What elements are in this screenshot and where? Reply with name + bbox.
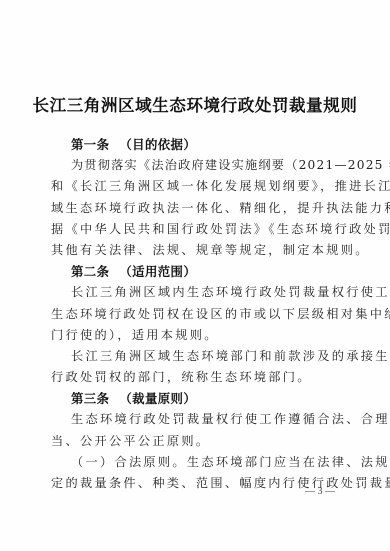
article-number: 第三条	[71, 391, 109, 406]
article-heading-text: （适用范围）	[119, 264, 196, 279]
page-number: — 3 —	[300, 486, 340, 497]
article-1-heading: 第一条（目的依据）	[51, 134, 347, 155]
paragraph-line: 生态环境行政处罚裁量权行使工作遵循合法、合理、过罚相	[51, 409, 347, 430]
paragraph-line: 生态环境行政处罚权在设区的市或以下层级相对集中给其他部	[51, 304, 347, 325]
paragraph-line: 其他有关法律、法规、规章等规定，制定本规则。	[51, 240, 347, 261]
paragraph-line: 和《长江三角洲区域一体化发展规划纲要》，推进长江三角洲区	[51, 176, 347, 197]
document-title: 长江三角洲区域生态环境行政处罚裁量规则	[0, 92, 390, 116]
article-heading-text: （目的依据）	[119, 137, 196, 152]
article-number: 第二条	[71, 264, 109, 279]
paragraph-line: （一）合法原则。生态环境部门应当在法律、法规、规章确	[51, 452, 347, 473]
paragraph-line: 长江三角洲区域生态环境部门和前款涉及的承接生态环境	[51, 346, 347, 367]
document-body: 第一条（目的依据） 为贯彻落实《法治政府建设实施纲要（2021—2025 年）》…	[51, 134, 347, 494]
article-number: 第一条	[71, 137, 109, 152]
paragraph-line: 行政处罚权的部门，统称生态环境部门。	[51, 367, 347, 388]
article-heading-text: （裁量原则）	[119, 391, 196, 406]
article-2-heading: 第二条（适用范围）	[51, 261, 347, 282]
paragraph-line: 长江三角洲区域内生态环境行政处罚裁量权行使工作(包括	[51, 282, 347, 303]
paragraph-line: 当、公开公平公正原则。	[51, 431, 347, 452]
article-3-heading: 第三条（裁量原则）	[51, 388, 347, 409]
document-page: 长江三角洲区域生态环境行政处罚裁量规则 第一条（目的依据） 为贯彻落实《法治政府…	[0, 0, 390, 551]
paragraph-line: 为贯彻落实《法治政府建设实施纲要（2021—2025 年）》	[51, 155, 347, 176]
paragraph-line: 门行使的），适用本规则。	[51, 325, 347, 346]
paragraph-line: 域生态环境行政执法一体化、精细化，提升执法能力和水平，根	[51, 198, 347, 219]
paragraph-line: 据《中华人民共和国行政处罚法》《生态环境行政处罚办法》及	[51, 219, 347, 240]
